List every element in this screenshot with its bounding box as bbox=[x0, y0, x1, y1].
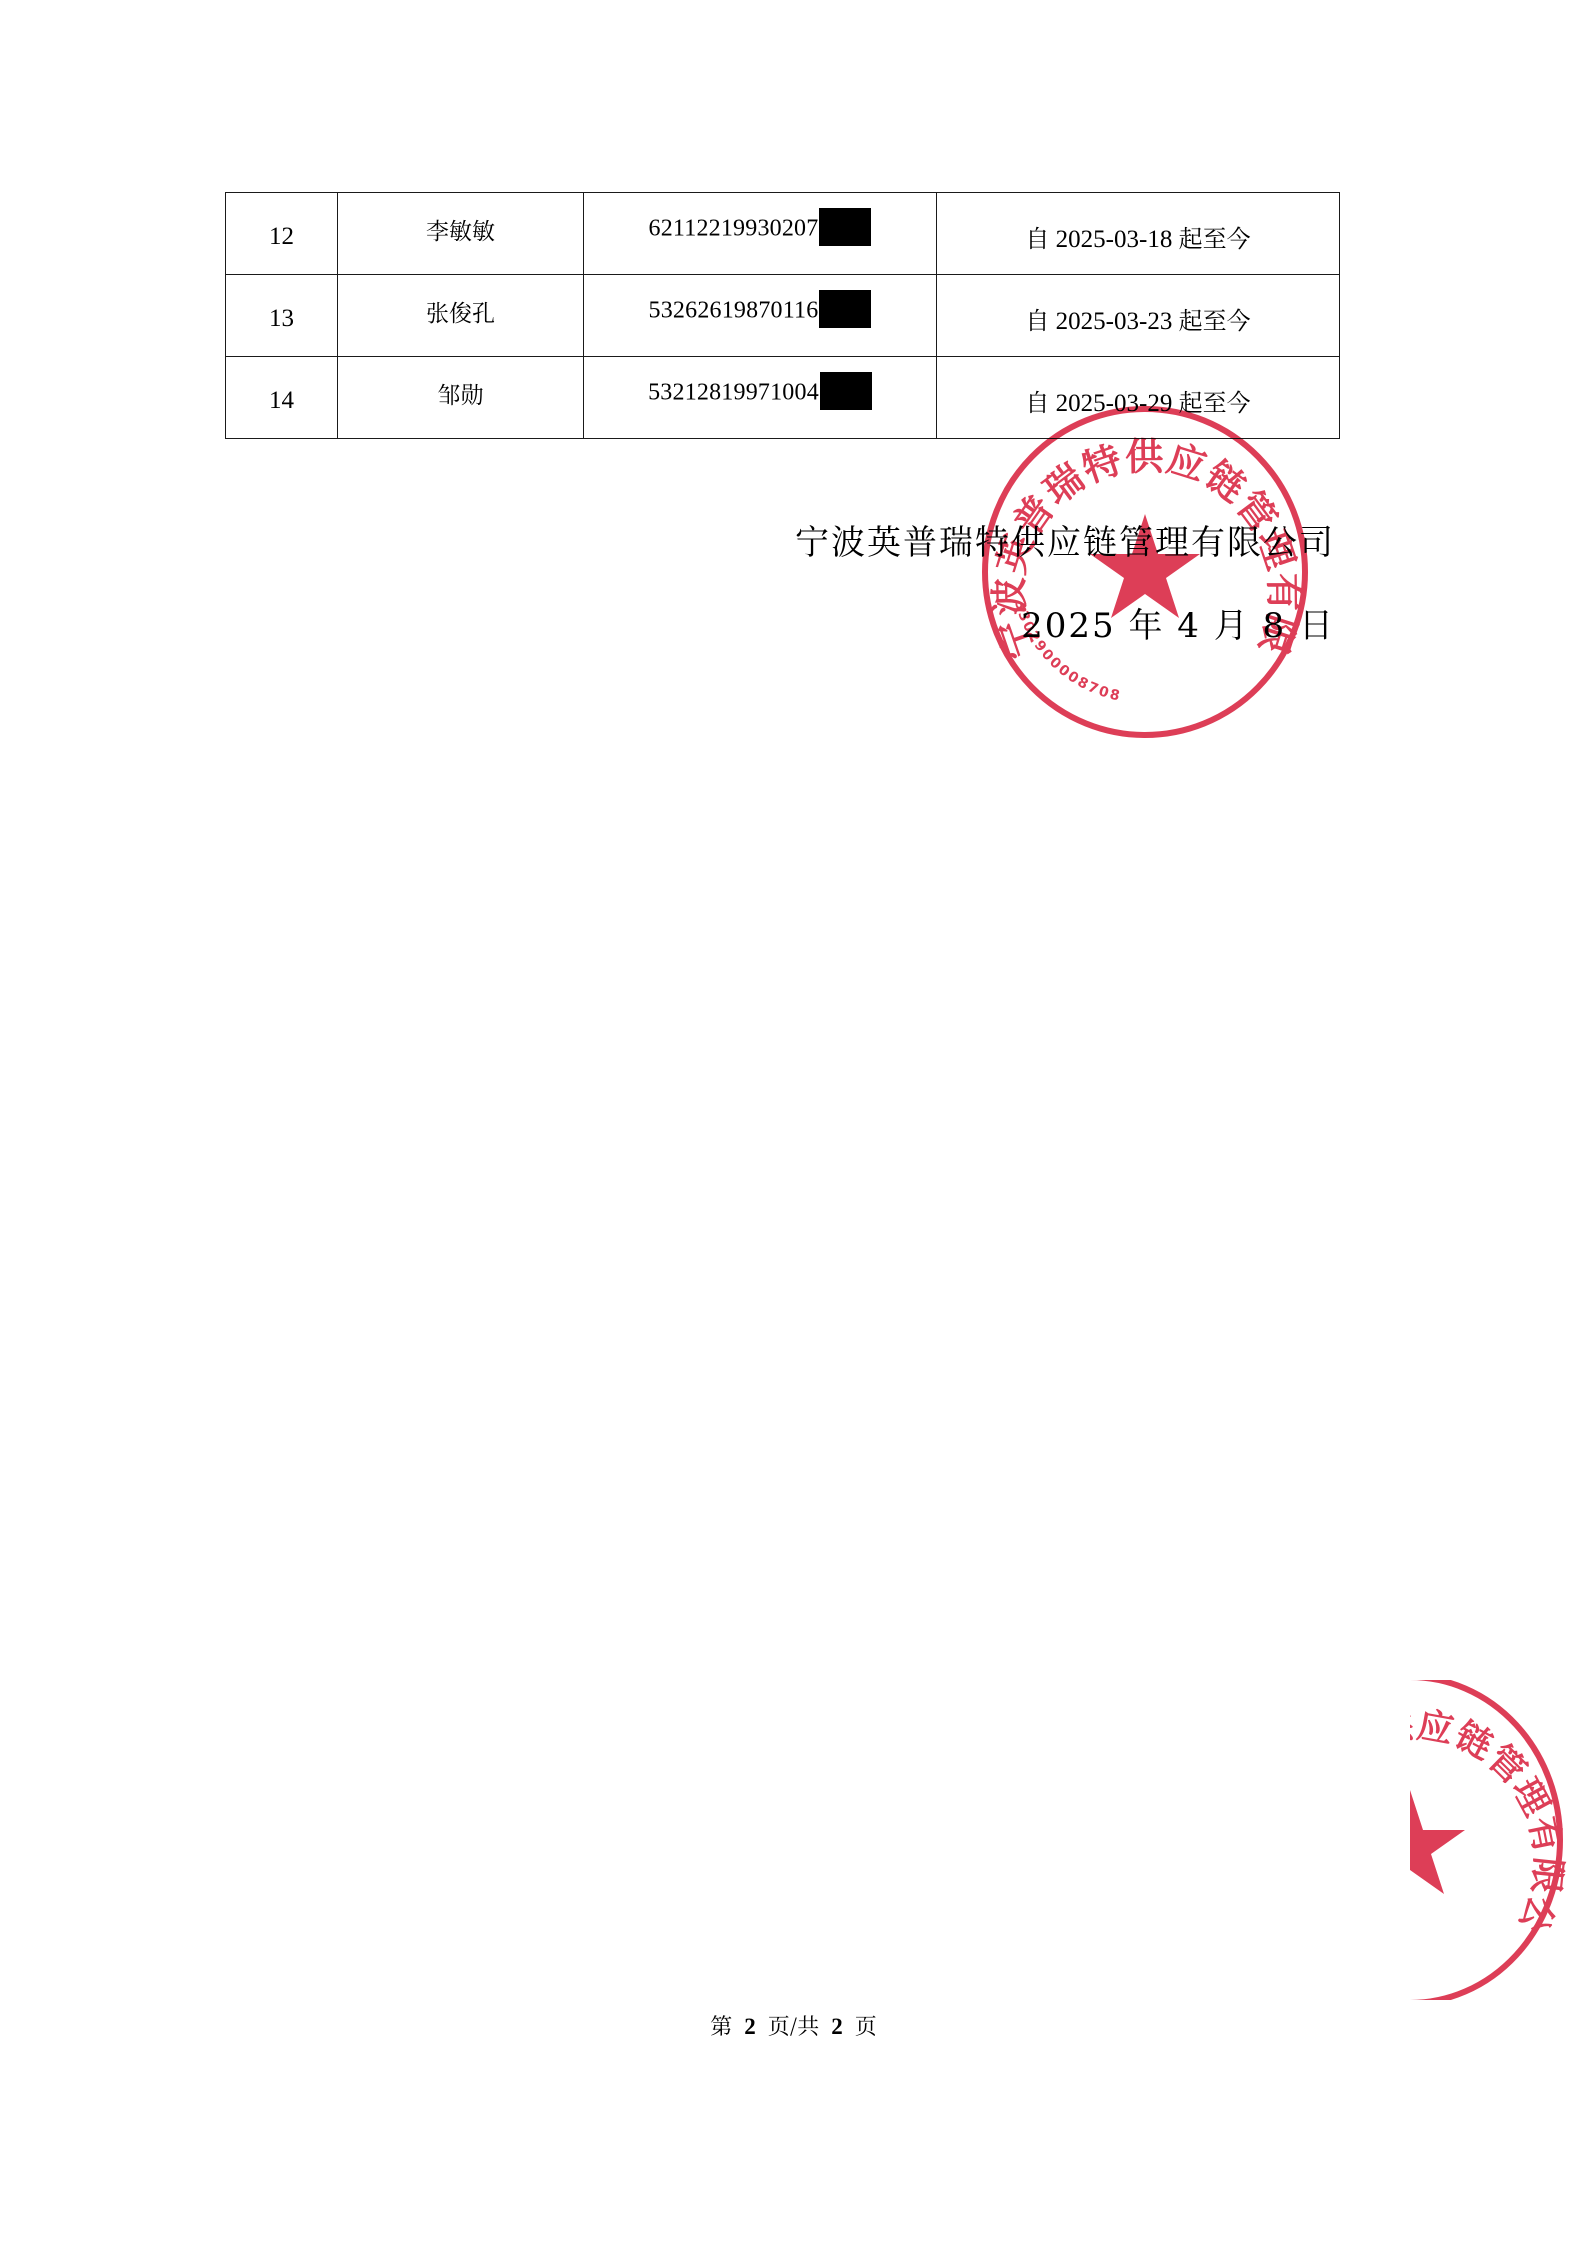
employee-name: 张俊孔 bbox=[338, 275, 584, 357]
employee-name: 李敏敏 bbox=[338, 193, 584, 275]
cross-page-seal: 宁波英普瑞特供应链管理有限公司 bbox=[1410, 1680, 1587, 2000]
row-number: 13 bbox=[226, 275, 338, 357]
table-row: 12 李敏敏 62112219930207 自 2025-03-18 起至今 bbox=[226, 193, 1340, 275]
start-date: 2025-03-23 bbox=[1056, 308, 1173, 335]
row-number: 12 bbox=[226, 193, 338, 275]
company-seal-stamp: 宁波英普瑞特供应链管理有限公司 3302900008708 bbox=[975, 402, 1315, 742]
row-number: 14 bbox=[226, 357, 338, 439]
id-number-visible: 53212819971004 bbox=[648, 379, 819, 405]
seal-arc-text: 宁波英普瑞特供应链管理有限公司 bbox=[1410, 1680, 1569, 1940]
page-footer: 第2页/共2页 bbox=[0, 2010, 1587, 2041]
id-number-visible: 53262619870116 bbox=[649, 297, 819, 323]
svg-text:宁波英普瑞特供应链管理有限公司: 宁波英普瑞特供应链管理有限公司 bbox=[1410, 1680, 1569, 1940]
redaction-block bbox=[820, 372, 872, 410]
table-row: 13 张俊孔 53262619870116 自 2025-03-23 起至今 bbox=[226, 275, 1340, 357]
id-number-visible: 62112219930207 bbox=[649, 215, 819, 241]
seal-icon: 宁波英普瑞特供应链管理有限公司 3302900008708 bbox=[975, 402, 1315, 742]
employee-name: 邹勋 bbox=[338, 357, 584, 439]
id-number: 62112219930207 bbox=[584, 193, 937, 275]
redaction-block bbox=[819, 290, 871, 328]
id-number: 53262619870116 bbox=[584, 275, 937, 357]
redaction-block bbox=[819, 208, 871, 246]
id-number: 53212819971004 bbox=[584, 357, 937, 439]
start-date: 2025-03-18 bbox=[1056, 226, 1173, 253]
document-page: 12 李敏敏 62112219930207 自 2025-03-18 起至今 1… bbox=[0, 0, 1587, 2245]
employment-period: 自 2025-03-18 起至今 bbox=[937, 193, 1340, 275]
total-page-count: 2 bbox=[819, 2014, 855, 2039]
seal-icon: 宁波英普瑞特供应链管理有限公司 bbox=[1410, 1680, 1580, 2000]
current-page-number: 2 bbox=[732, 2014, 768, 2039]
employment-period: 自 2025-03-23 起至今 bbox=[937, 275, 1340, 357]
